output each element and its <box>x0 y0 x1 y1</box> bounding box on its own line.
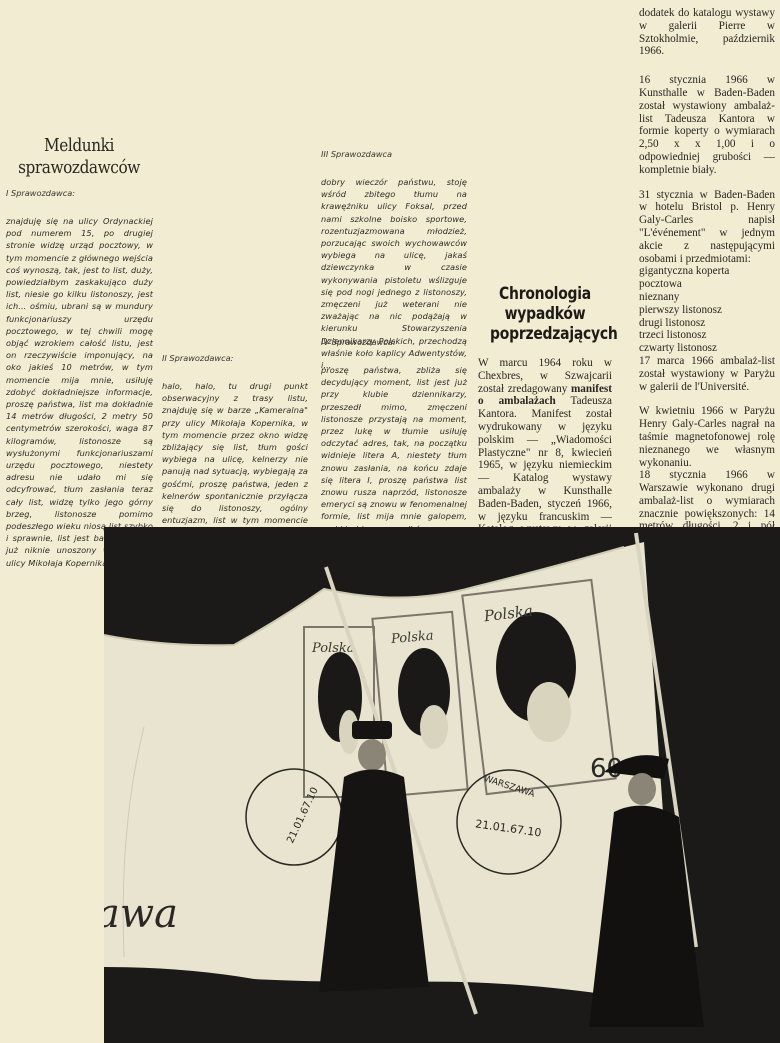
paragraph: 16 stycznia 1966 w Kunsthalle w Baden-Ba… <box>639 74 775 176</box>
reporter-label: III Sprawozdawca <box>321 149 467 159</box>
photo-illustration: Polska Polska Polska 60 21.01.67.10 21.0… <box>104 527 780 1043</box>
section-title-chronologia: Chronologia wypadków poprzedzających <box>490 284 600 344</box>
paragraph: dodatek do katalogu wystawy w galerii Pi… <box>639 7 775 58</box>
list-item: gigantyczna koperta pocztowa <box>639 265 775 291</box>
title-line: Chronologia <box>499 284 591 304</box>
list-item: drugi listonosz <box>639 317 775 330</box>
list-item: czwarty listonosz <box>639 342 775 355</box>
list-item: pierwszy listonosz <box>639 304 775 317</box>
reporter-1: I Sprawozdawca: znajduję się na ulicy Or… <box>6 188 153 569</box>
reporter-4: IV Sprawozdawca: proszę państwa, zbliża … <box>321 337 467 559</box>
title-line: Meldunki <box>44 135 114 156</box>
reporter-label: IV Sprawozdawca: <box>321 337 467 347</box>
reporter-text: znajduję się na ulicy Ordynackiej pod nu… <box>6 215 153 569</box>
paragraph: 31 stycznia w Baden-Baden w hotelu Brist… <box>639 189 775 355</box>
title-line: wypadków <box>505 304 586 324</box>
reporter-label: II Sprawozdawca: <box>162 353 308 363</box>
title-line: sprawozdawców <box>18 157 140 178</box>
reporter-2: II Sprawozdawca: halo, halo, tu drugi pu… <box>162 353 308 551</box>
list-item: nieznany <box>639 291 775 304</box>
reporter-text: halo, halo, tu drugi punkt obserwacyjny … <box>162 380 308 551</box>
list-item: trzeci listonosz <box>639 329 775 342</box>
text: 31 stycznia w Baden-Baden w hotelu Brist… <box>639 189 775 265</box>
photograph: Polska Polska Polska 60 21.01.67.10 21.0… <box>104 527 780 1043</box>
section-title-meldunki: Meldunki sprawozdawców <box>15 135 143 179</box>
reporter-label: I Sprawozdawca: <box>6 188 153 198</box>
title-line: poprzedzających <box>490 324 618 344</box>
column-meldunki-1: Meldunki sprawozdawców <box>4 135 154 179</box>
paragraph: W kwietniu 1966 w Paryżu Henry Galy-Carl… <box>639 405 775 469</box>
handwriting: awa <box>104 891 178 937</box>
paragraph: 17 marca 1966 ambalaż-list został wystaw… <box>639 355 775 393</box>
stamp-label: Polska <box>311 641 355 656</box>
